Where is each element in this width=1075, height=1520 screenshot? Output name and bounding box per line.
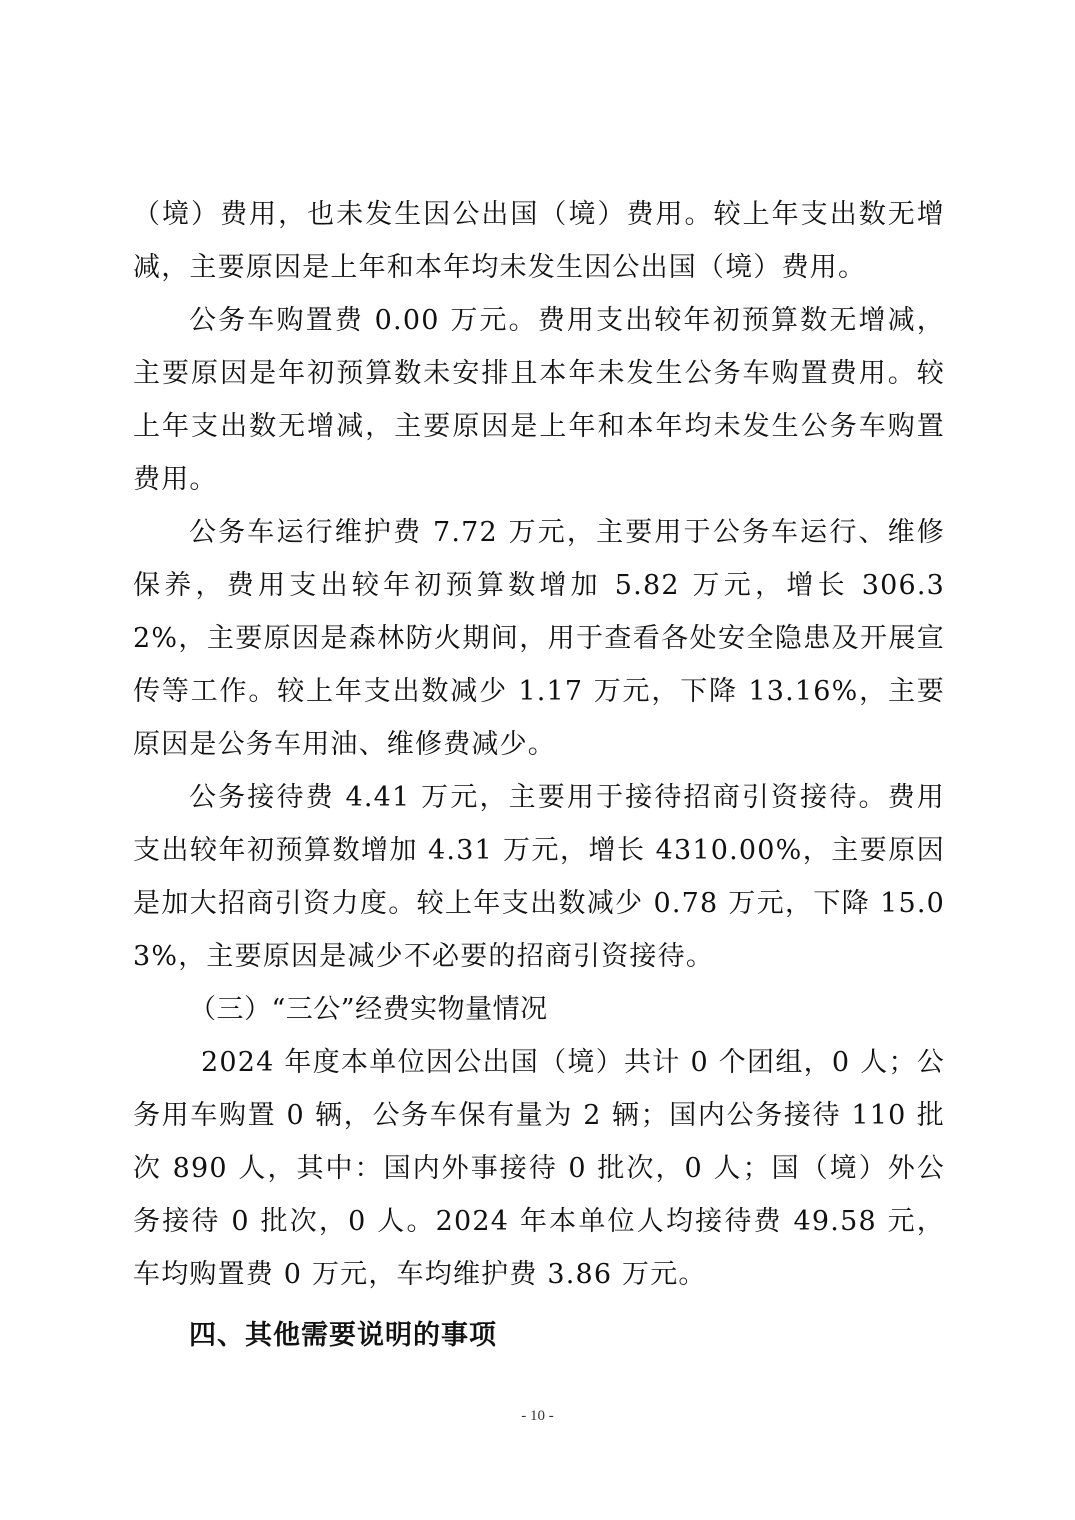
paragraph-official-reception: 公务接待费 4.41 万元，主要用于接待招商引资接待。费用支出较年初预算数增加 … — [133, 771, 945, 983]
section-heading: 四、其他需要说明的事项 — [133, 1309, 945, 1362]
document-page: （境）费用，也未发生因公出国（境）费用。较上年支出数无增减，主要原因是上年和本年… — [0, 0, 1075, 1520]
paragraph-physical-quantity: 2024 年度本单位因公出国（境）共计 0 个团组，0 人；公务用车购置 0 辆… — [133, 1036, 945, 1301]
paragraph-overseas-travel-continued: （境）费用，也未发生因公出国（境）费用。较上年支出数无增减，主要原因是上年和本年… — [133, 188, 945, 294]
paragraph-vehicle-purchase: 公务车购置费 0.00 万元。费用支出较年初预算数无增减，主要原因是年初预算数未… — [133, 294, 945, 506]
paragraph-vehicle-maintenance: 公务车运行维护费 7.72 万元，主要用于公务车运行、维修保养，费用支出较年初预… — [133, 506, 945, 771]
document-body: （境）费用，也未发生因公出国（境）费用。较上年支出数无增减，主要原因是上年和本年… — [133, 188, 945, 1362]
page-number: - 10 - — [0, 1408, 1075, 1425]
subsection-heading: （三）“三公”经费实物量情况 — [133, 983, 945, 1036]
